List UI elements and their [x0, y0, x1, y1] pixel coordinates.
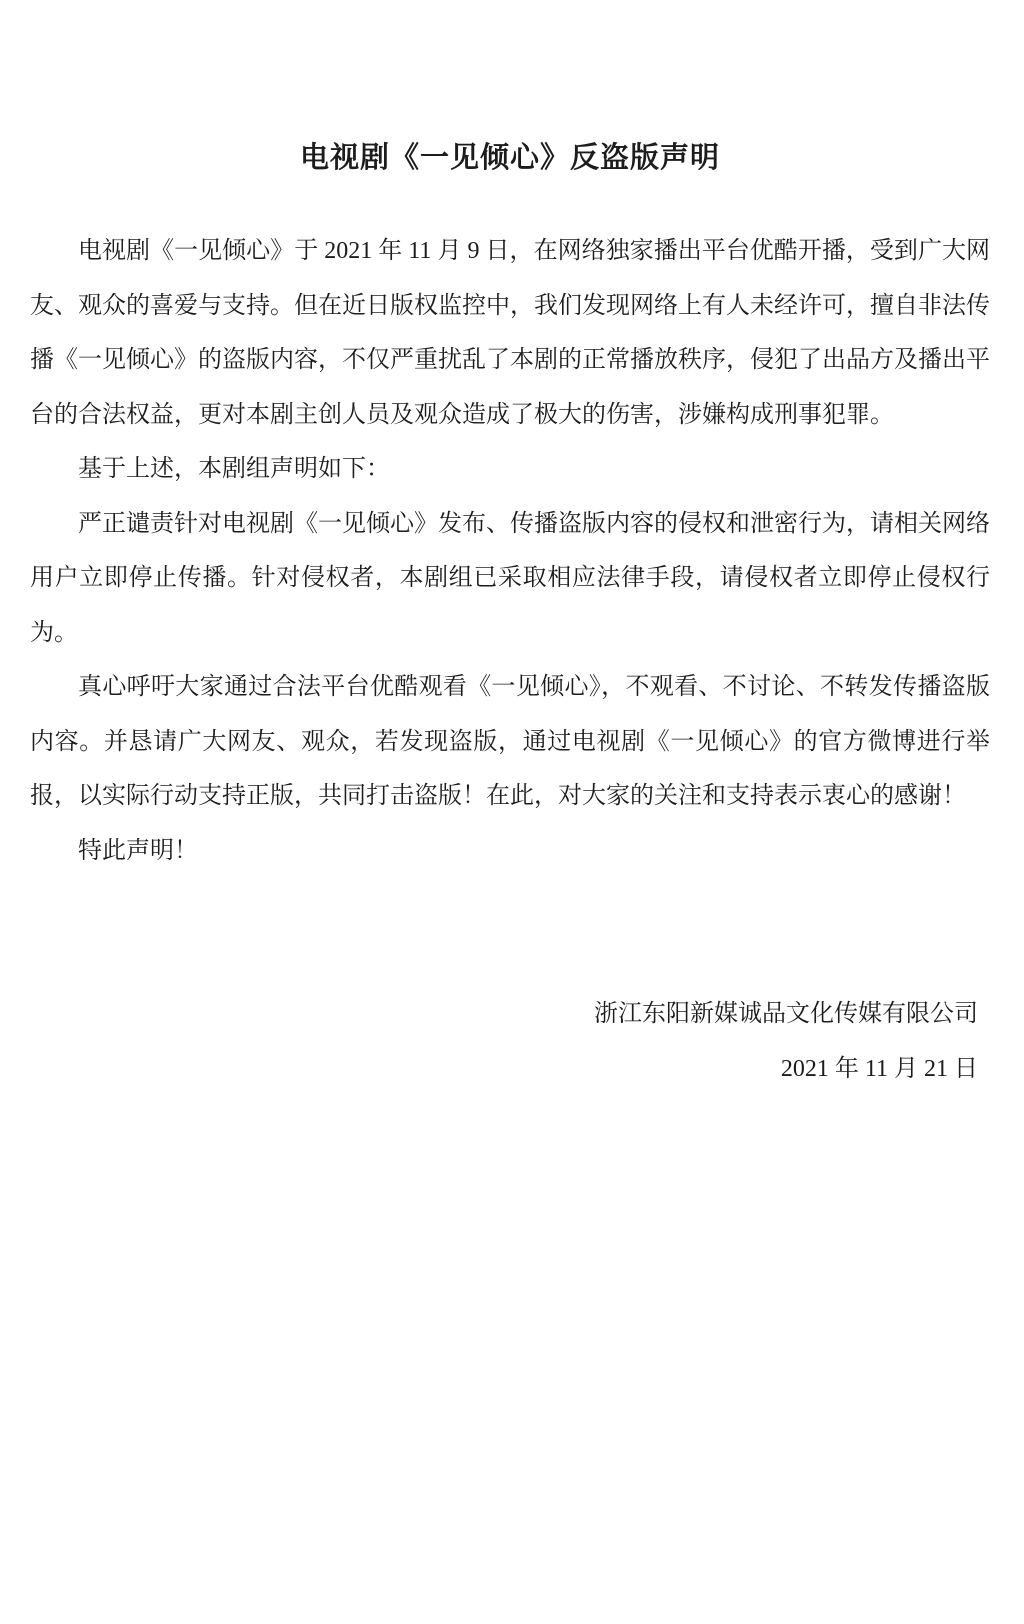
statement-document-page: 电视剧《一见倾心》反盗版声明 电视剧《一见倾心》于 2021 年 11 月 9 … — [0, 0, 1024, 1624]
signature-company-name: 浙江东阳新媒诚品文化传媒有限公司 — [30, 987, 978, 1042]
statement-paragraph-closing: 特此声明！ — [30, 824, 990, 879]
signature-block: 浙江东阳新媒诚品文化传媒有限公司 2021 年 11 月 21 日 — [30, 987, 990, 1096]
statement-paragraph-condemnation: 严正谴责针对电视剧《一见倾心》发布、传播盗版内容的侵权和泄密行为，请相关网络用户… — [30, 497, 990, 661]
document-title: 电视剧《一见倾心》反盗版声明 — [30, 141, 990, 175]
statement-paragraph-appeal: 真心呼吁大家通过合法平台优酷观看《一见倾心》，不观看、不讨论、不转发传播盗版内容… — [30, 660, 990, 824]
statement-paragraph-lead-in: 基于上述，本剧组声明如下： — [30, 442, 990, 497]
document-body: 电视剧《一见倾心》于 2021 年 11 月 9 日，在网络独家播出平台优酷开播… — [30, 224, 990, 1096]
signature-date: 2021 年 11 月 21 日 — [30, 1042, 978, 1097]
statement-paragraph-intro: 电视剧《一见倾心》于 2021 年 11 月 9 日，在网络独家播出平台优酷开播… — [30, 224, 990, 442]
